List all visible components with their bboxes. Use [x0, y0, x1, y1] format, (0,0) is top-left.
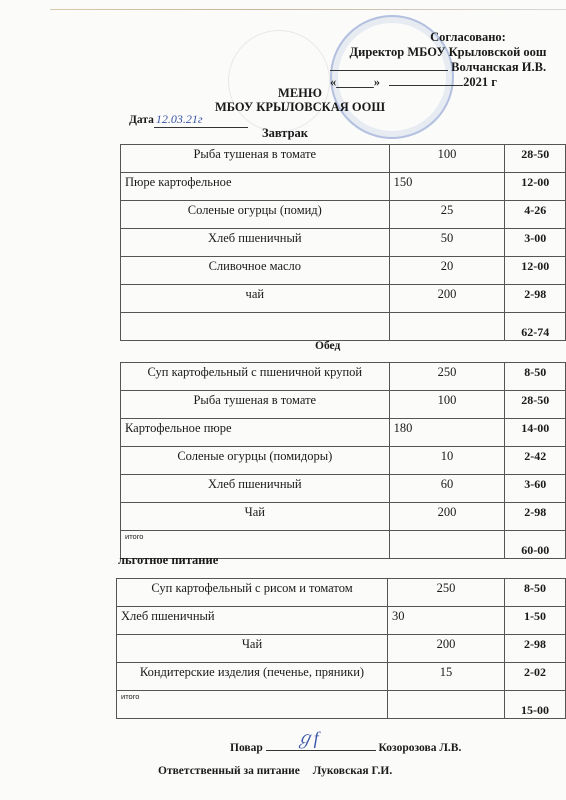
approval-block: Согласовано: Директор МБОУ Крыловской оо… [330, 30, 566, 90]
table-row: Хлеб пшеничный301-50 [117, 607, 566, 635]
dish-price: 12-00 [505, 257, 566, 285]
dish-name: Пюре картофельное [121, 173, 390, 201]
table-row: Соленые огурцы (помид)254-26 [121, 201, 566, 229]
dish-price: 3-00 [505, 229, 566, 257]
table-row: Пюре картофельное15012-00 [121, 173, 566, 201]
dish-name: Чай [121, 503, 390, 531]
date-value: 12.03.21г [154, 112, 248, 128]
date-field: Дата12.03.21г [129, 112, 248, 128]
dish-quantity: 25 [389, 201, 505, 229]
breakfast-table: Рыба тушеная в томате10028-50Пюре картоф… [120, 144, 566, 341]
dish-price: 8-50 [505, 579, 566, 607]
dish-name: Соленые огурцы (помидоры) [121, 447, 390, 475]
total-price: 62-74 [505, 313, 566, 341]
dish-name: Картофельное пюре [121, 419, 390, 447]
dish-price: 2-42 [505, 447, 566, 475]
dish-price: 12-00 [505, 173, 566, 201]
dish-quantity: 200 [388, 635, 505, 663]
dish-price: 14-00 [505, 419, 566, 447]
cook-name: Козорозова Л.В. [379, 742, 462, 754]
dish-price: 3-60 [505, 475, 566, 503]
total-label [121, 313, 390, 341]
menu-title-line1: МЕНЮ [200, 86, 400, 100]
approval-position: Директор МБОУ Крыловской оош [330, 45, 566, 60]
dish-name: Чай [117, 635, 388, 663]
table-row: чай2002-98 [121, 285, 566, 313]
dish-quantity: 150 [389, 173, 505, 201]
section-title-subsidized: льготное питание [118, 553, 218, 568]
total-empty-cell [388, 691, 505, 719]
table-row: Хлеб пшеничный603-60 [121, 475, 566, 503]
subsidized-table: Суп картофельный с рисом и томатом2508-5… [116, 578, 566, 719]
date-label: Дата [129, 114, 154, 126]
dish-name: Суп картофельный с рисом и томатом [117, 579, 388, 607]
dish-price: 8-50 [505, 363, 566, 391]
dish-name: Хлеб пшеничный [121, 475, 390, 503]
dish-quantity: 100 [389, 145, 505, 173]
table-row: Суп картофельный с пшеничной крупой2508-… [121, 363, 566, 391]
table-row: Сливочное масло2012-00 [121, 257, 566, 285]
table-row: Хлеб пшеничный503-00 [121, 229, 566, 257]
responsible-label: Ответственный за питание [158, 765, 300, 777]
dish-quantity: 250 [389, 363, 505, 391]
table-row: Картофельное пюре18014-00 [121, 419, 566, 447]
responsible-name: Луковская Г.И. [313, 765, 392, 777]
responsible-line: Ответственный за питание Луковская Г.И. [158, 765, 392, 777]
total-empty-cell [389, 313, 505, 341]
dish-name: Соленые огурцы (помид) [121, 201, 390, 229]
dish-quantity: 100 [389, 391, 505, 419]
dish-name: Рыба тушеная в томате [121, 145, 390, 173]
table-row: Кондитерские изделия (печенье, пряники)1… [117, 663, 566, 691]
dish-quantity: 180 [389, 419, 505, 447]
dish-price: 28-50 [505, 391, 566, 419]
cook-signature-line: Повар ℊf Козорозова Л.В. [230, 738, 461, 754]
table-row: Суп картофельный с рисом и томатом2508-5… [117, 579, 566, 607]
dish-quantity: 60 [389, 475, 505, 503]
dish-name: Сливочное масло [121, 257, 390, 285]
handwritten-signature-icon: ℊf [296, 724, 319, 750]
dish-name: Суп картофельный с пшеничной крупой [121, 363, 390, 391]
dish-price: 4-26 [505, 201, 566, 229]
approval-title: Согласовано: [330, 30, 566, 45]
dish-price: 1-50 [505, 607, 566, 635]
total-row: итого15-00 [117, 691, 566, 719]
dish-quantity: 30 [388, 607, 505, 635]
menu-title: МЕНЮ МБОУ КРЫЛОВСКАЯ ООШ [200, 86, 400, 114]
section-title-breakfast: Завтрак [262, 126, 308, 141]
section-title-lunch: Обед [315, 340, 340, 352]
table-row: Рыба тушеная в томате10028-50 [121, 391, 566, 419]
dish-name: Кондитерские изделия (печенье, пряники) [117, 663, 388, 691]
dish-price: 28-50 [505, 145, 566, 173]
dish-name: Рыба тушеная в томате [121, 391, 390, 419]
total-price: 60-00 [505, 531, 566, 559]
dish-quantity: 200 [389, 285, 505, 313]
total-empty-cell [389, 531, 505, 559]
total-price: 15-00 [505, 691, 566, 719]
dish-name: чай [121, 285, 390, 313]
dish-price: 2-98 [505, 285, 566, 313]
cook-signature: ℊf [266, 738, 376, 751]
cook-label: Повар [230, 742, 263, 754]
dish-quantity: 10 [389, 447, 505, 475]
table-row: Чай2002-98 [117, 635, 566, 663]
approval-signer-name: Волчанская И.В. [451, 60, 546, 74]
dish-quantity: 250 [388, 579, 505, 607]
dish-name: Хлеб пшеничный [117, 607, 388, 635]
table-row: Соленые огурцы (помидоры)102-42 [121, 447, 566, 475]
approval-signer-line: Волчанская И.В. [330, 60, 566, 75]
dish-price: 2-98 [505, 503, 566, 531]
dish-quantity: 20 [389, 257, 505, 285]
approval-year: 2021 г [463, 75, 497, 89]
dish-price: 2-02 [505, 663, 566, 691]
dish-quantity: 50 [389, 229, 505, 257]
dish-quantity: 200 [389, 503, 505, 531]
table-row: Рыба тушеная в томате10028-50 [121, 145, 566, 173]
dish-quantity: 15 [388, 663, 505, 691]
lunch-table: Суп картофельный с пшеничной крупой2508-… [120, 362, 566, 559]
total-label: итого [117, 691, 388, 719]
table-row: Чай2002-98 [121, 503, 566, 531]
dish-name: Хлеб пшеничный [121, 229, 390, 257]
total-row: 62-74 [121, 313, 566, 341]
dish-price: 2-98 [505, 635, 566, 663]
scan-edge-line [50, 9, 566, 10]
